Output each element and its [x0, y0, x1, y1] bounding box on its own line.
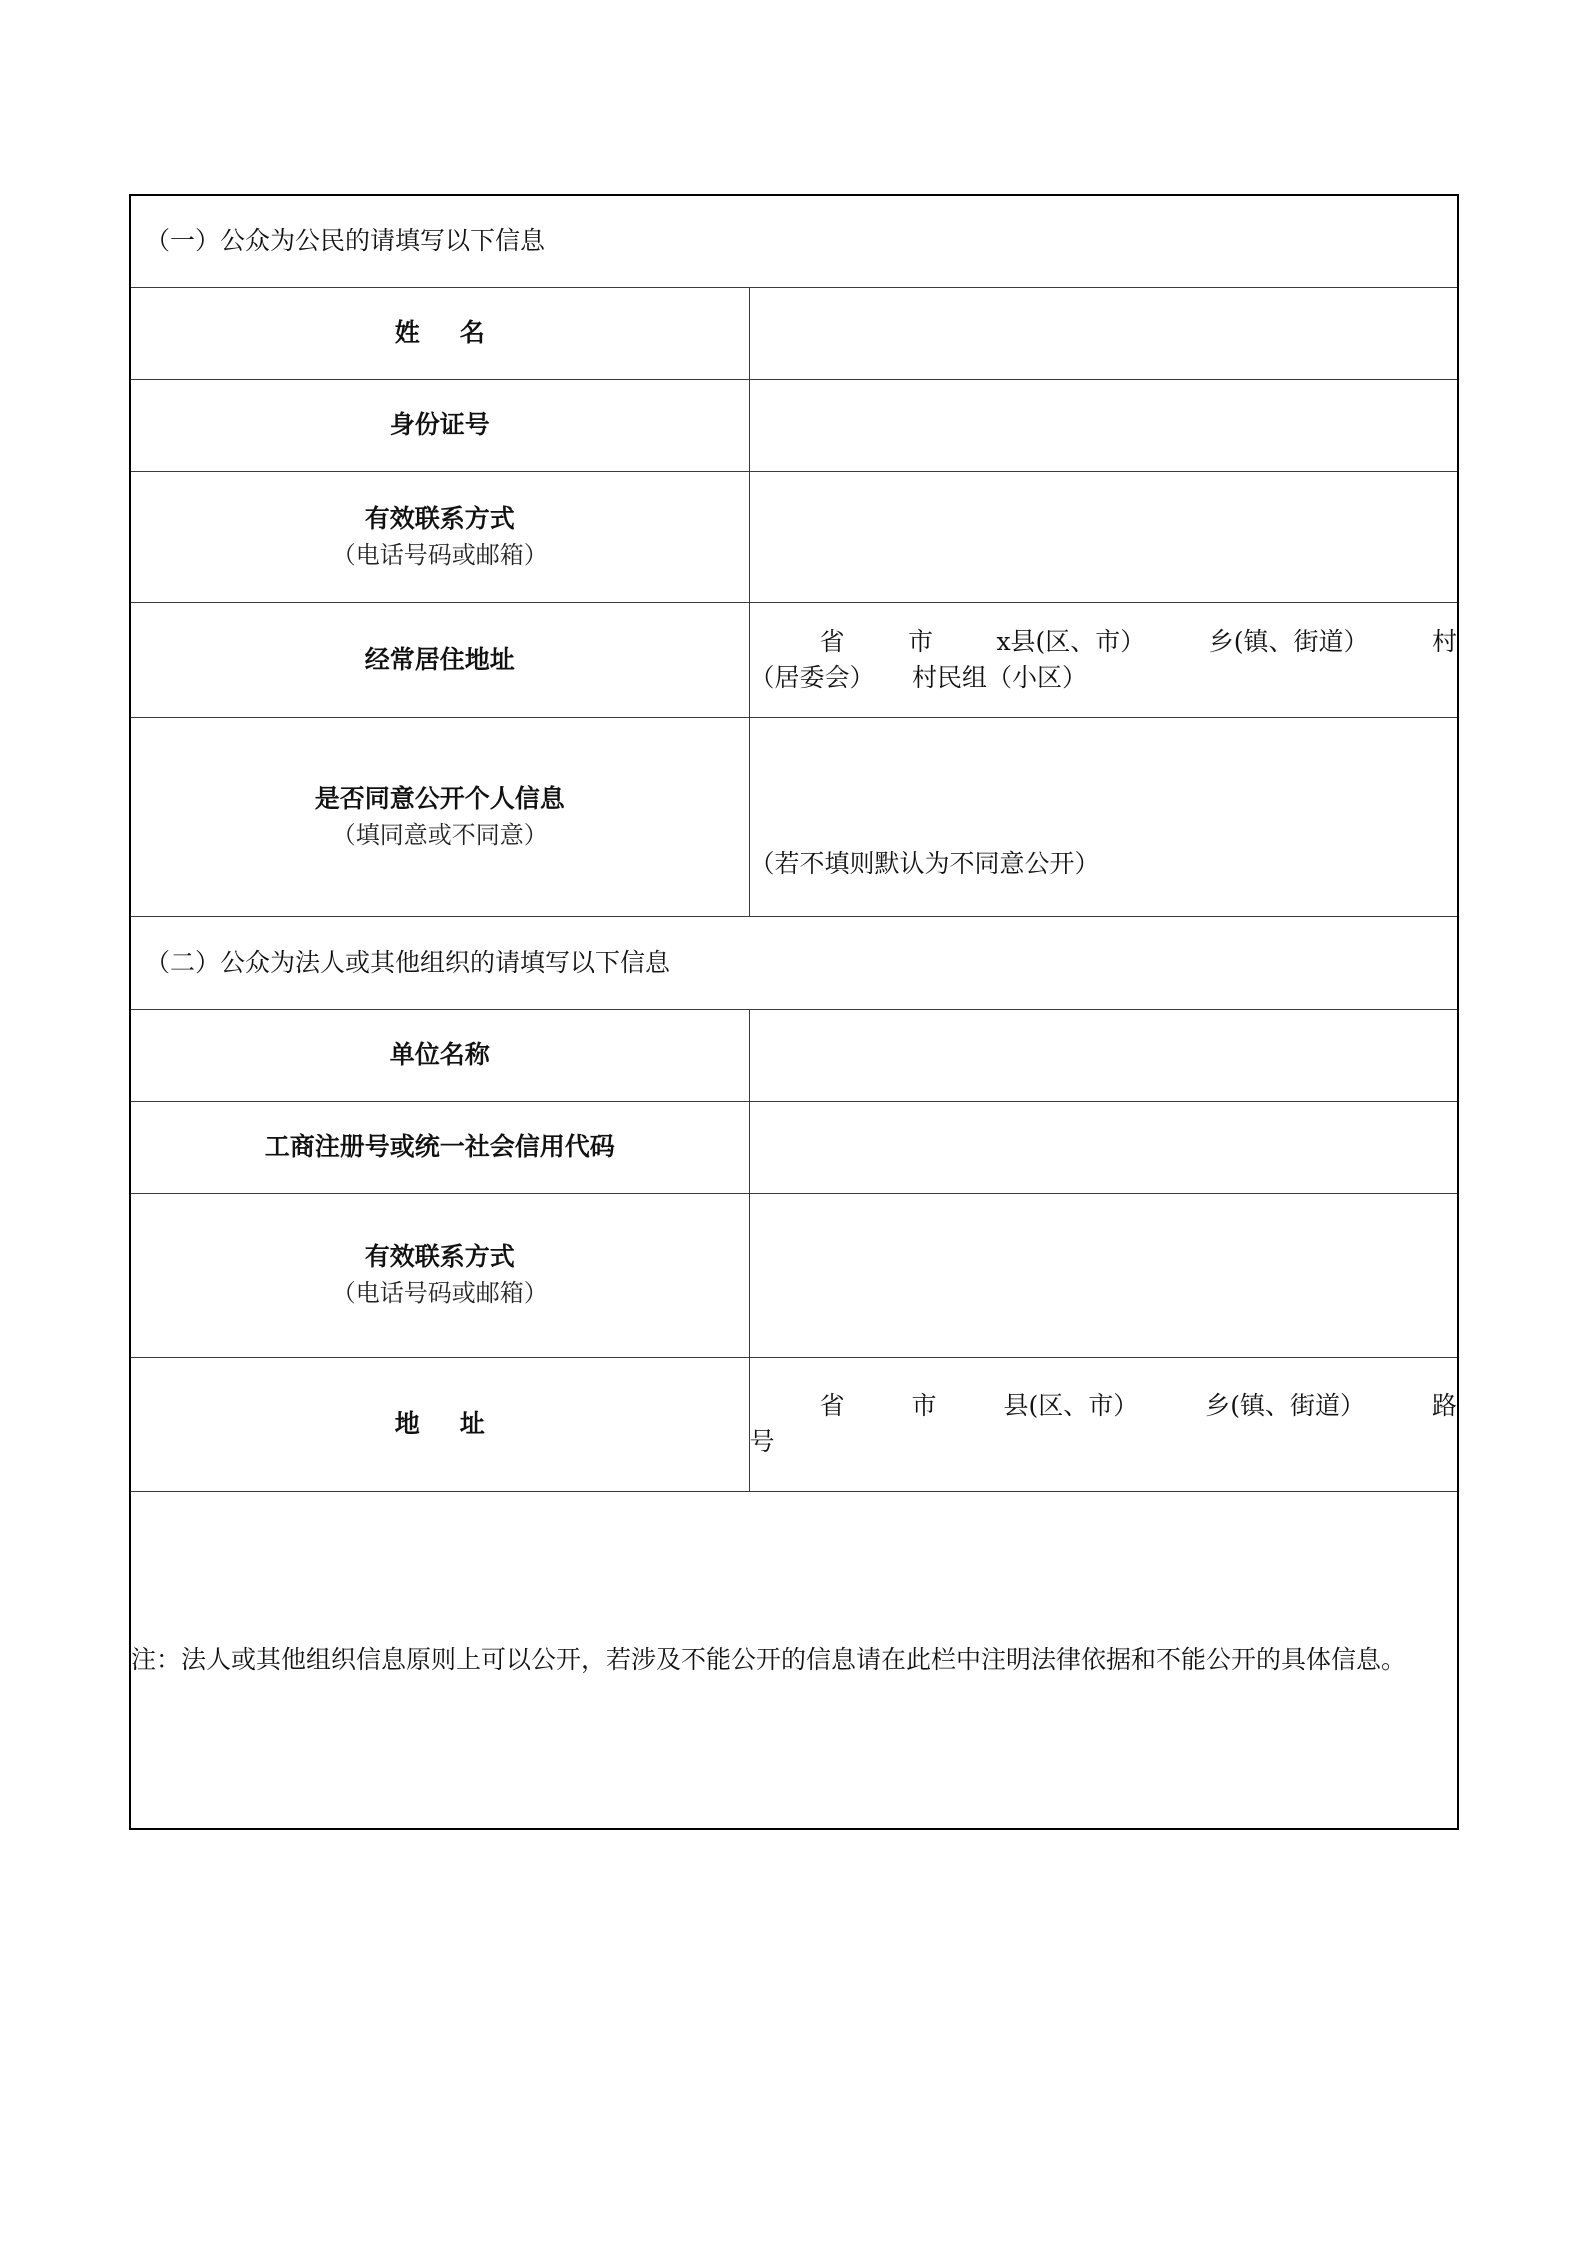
note-field[interactable]: 注：法人或其他组织信息原则上可以公开，若涉及不能公开的信息请在此栏中注明法律依据…	[130, 1491, 1458, 1829]
row-note: 注：法人或其他组织信息原则上可以公开，若涉及不能公开的信息请在此栏中注明法律依据…	[130, 1491, 1458, 1829]
row-residence: 经常居住地址 省 市 x县(区、市） 乡(镇、街道） 村 （居委会） 村民组（小…	[130, 602, 1458, 717]
note-text: 注：法人或其他组织信息原则上可以公开，若涉及不能公开的信息请在此栏中注明法律依据…	[131, 1645, 1406, 1674]
reg-code-field[interactable]	[749, 1101, 1458, 1193]
label-org-address-cell: 地址	[130, 1357, 749, 1491]
label-reg-code: 工商注册号或统一社会信用代码	[131, 1129, 749, 1165]
contact-field-citizen[interactable]	[749, 471, 1458, 602]
label-org-address: 地址	[131, 1406, 749, 1442]
label-consent-hint: （填同意或不同意）	[131, 817, 749, 853]
label-consent: 是否同意公开个人信息	[131, 781, 749, 817]
label-org-contact-cell: 有效联系方式 （电话号码或邮箱）	[130, 1193, 749, 1357]
org-address-line2: 号	[750, 1424, 1458, 1460]
org-addr-city: 市	[912, 1388, 937, 1424]
org-addr-road: 路	[1432, 1388, 1457, 1424]
addr-province: 省	[820, 624, 845, 660]
label-residence: 经常居住地址	[131, 642, 749, 678]
label-org-name: 单位名称	[131, 1037, 749, 1073]
consent-default-hint: （若不填则默认为不同意公开）	[750, 849, 1100, 878]
consent-field[interactable]: （若不填则默认为不同意公开）	[749, 717, 1458, 916]
residence-address-line1: 省 市 x县(区、市） 乡(镇、街道） 村	[750, 624, 1458, 660]
row-org-name: 单位名称	[130, 1009, 1458, 1101]
org-addr-county: 县(区、市）	[1004, 1388, 1139, 1424]
label-org-contact: 有效联系方式	[131, 1239, 749, 1275]
addr-county: x县(区、市）	[996, 624, 1145, 660]
row-contact-org: 有效联系方式 （电话号码或邮箱）	[130, 1193, 1458, 1357]
org-address-line1: 省 市 县(区、市） 乡(镇、街道） 路	[750, 1388, 1458, 1424]
row-org-address: 地址 省 市 县(区、市） 乡(镇、街道） 路 号	[130, 1357, 1458, 1491]
label-name-cell: 姓名	[130, 287, 749, 379]
row-name: 姓名	[130, 287, 1458, 379]
id-number-field[interactable]	[749, 379, 1458, 471]
section1-header-row: （一）公众为公民的请填写以下信息	[130, 195, 1458, 287]
label-reg-code-cell: 工商注册号或统一社会信用代码	[130, 1101, 749, 1193]
addr-city: 市	[908, 624, 933, 660]
public-info-form-table: （一）公众为公民的请填写以下信息 姓名 身份证号 有效联系方式 （电话号码或邮箱…	[129, 194, 1459, 1830]
name-field[interactable]	[749, 287, 1458, 379]
label-id-number: 身份证号	[131, 407, 749, 443]
row-id-number: 身份证号	[130, 379, 1458, 471]
label-contact-cell: 有效联系方式 （电话号码或邮箱）	[130, 471, 749, 602]
org-address-field[interactable]: 省 市 县(区、市） 乡(镇、街道） 路 号	[749, 1357, 1458, 1491]
section1-title: （一）公众为公民的请填写以下信息	[130, 195, 1458, 287]
label-org-name-cell: 单位名称	[130, 1009, 749, 1101]
residence-address-field[interactable]: 省 市 x县(区、市） 乡(镇、街道） 村 （居委会） 村民组（小区）	[749, 602, 1458, 717]
label-contact: 有效联系方式	[131, 501, 749, 537]
label-contact-hint: （电话号码或邮箱）	[131, 537, 749, 573]
section2-header-row: （二）公众为法人或其他组织的请填写以下信息	[130, 916, 1458, 1009]
addr-township: 乡(镇、街道）	[1209, 624, 1369, 660]
residence-address-line2: （居委会） 村民组（小区）	[750, 660, 1458, 696]
org-addr-township: 乡(镇、街道）	[1205, 1388, 1365, 1424]
row-contact-citizen: 有效联系方式 （电话号码或邮箱）	[130, 471, 1458, 602]
label-id-cell: 身份证号	[130, 379, 749, 471]
section2-title: （二）公众为法人或其他组织的请填写以下信息	[130, 916, 1458, 1009]
addr-village: 村	[1432, 624, 1457, 660]
label-residence-cell: 经常居住地址	[130, 602, 749, 717]
org-name-field[interactable]	[749, 1009, 1458, 1101]
row-reg-code: 工商注册号或统一社会信用代码	[130, 1101, 1458, 1193]
row-consent: 是否同意公开个人信息 （填同意或不同意） （若不填则默认为不同意公开）	[130, 717, 1458, 916]
label-consent-cell: 是否同意公开个人信息 （填同意或不同意）	[130, 717, 749, 916]
org-addr-province: 省	[820, 1388, 845, 1424]
label-name: 姓名	[131, 315, 749, 351]
form-page: （一）公众为公民的请填写以下信息 姓名 身份证号 有效联系方式 （电话号码或邮箱…	[0, 0, 1587, 2245]
label-org-contact-hint: （电话号码或邮箱）	[131, 1275, 749, 1311]
contact-field-org[interactable]	[749, 1193, 1458, 1357]
